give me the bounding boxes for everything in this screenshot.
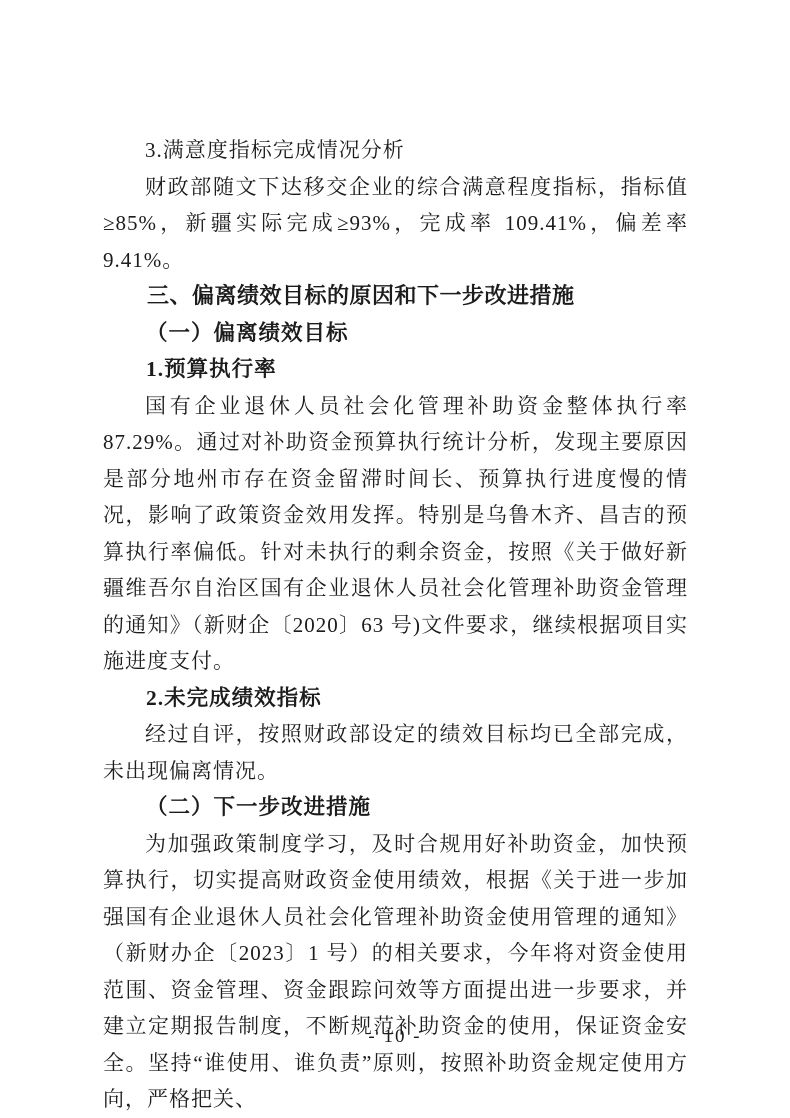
heading-section-three: 三、偏离绩效目标的原因和下一步改进措施 [103, 278, 688, 315]
paragraph-satisfaction-analysis-title: 3.满意度指标完成情况分析 [103, 132, 688, 169]
heading-subsection-one: （一）偏离绩效目标 [103, 315, 688, 352]
paragraph-satisfaction-analysis-body: 财政部随文下达移交企业的综合满意程度指标，指标值≥85%，新疆实际完成≥93%，… [103, 169, 688, 279]
document-body: 3.满意度指标完成情况分析 财政部随文下达移交企业的综合满意程度指标，指标值≥8… [103, 132, 688, 1118]
heading-item-budget-execution-rate: 1.预算执行率 [103, 351, 688, 388]
page-number: - 10 - [0, 1026, 790, 1048]
document-page: 3.满意度指标完成情况分析 财政部随文下达移交企业的综合满意程度指标，指标值≥8… [0, 0, 790, 1118]
paragraph-unfinished-indicators-body: 经过自评，按照财政部设定的绩效目标均已全部完成，未出现偏离情况。 [103, 716, 688, 789]
paragraph-improvement-measures-body: 为加强政策制度学习，及时合规用好补助资金，加快预算执行，切实提高财政资金使用绩效… [103, 826, 688, 1118]
paragraph-budget-execution-body: 国有企业退休人员社会化管理补助资金整体执行率 87.29%。通过对补助资金预算执… [103, 388, 688, 680]
heading-item-unfinished-indicators: 2.未完成绩效指标 [103, 680, 688, 717]
heading-subsection-two: （二）下一步改进措施 [103, 789, 688, 826]
